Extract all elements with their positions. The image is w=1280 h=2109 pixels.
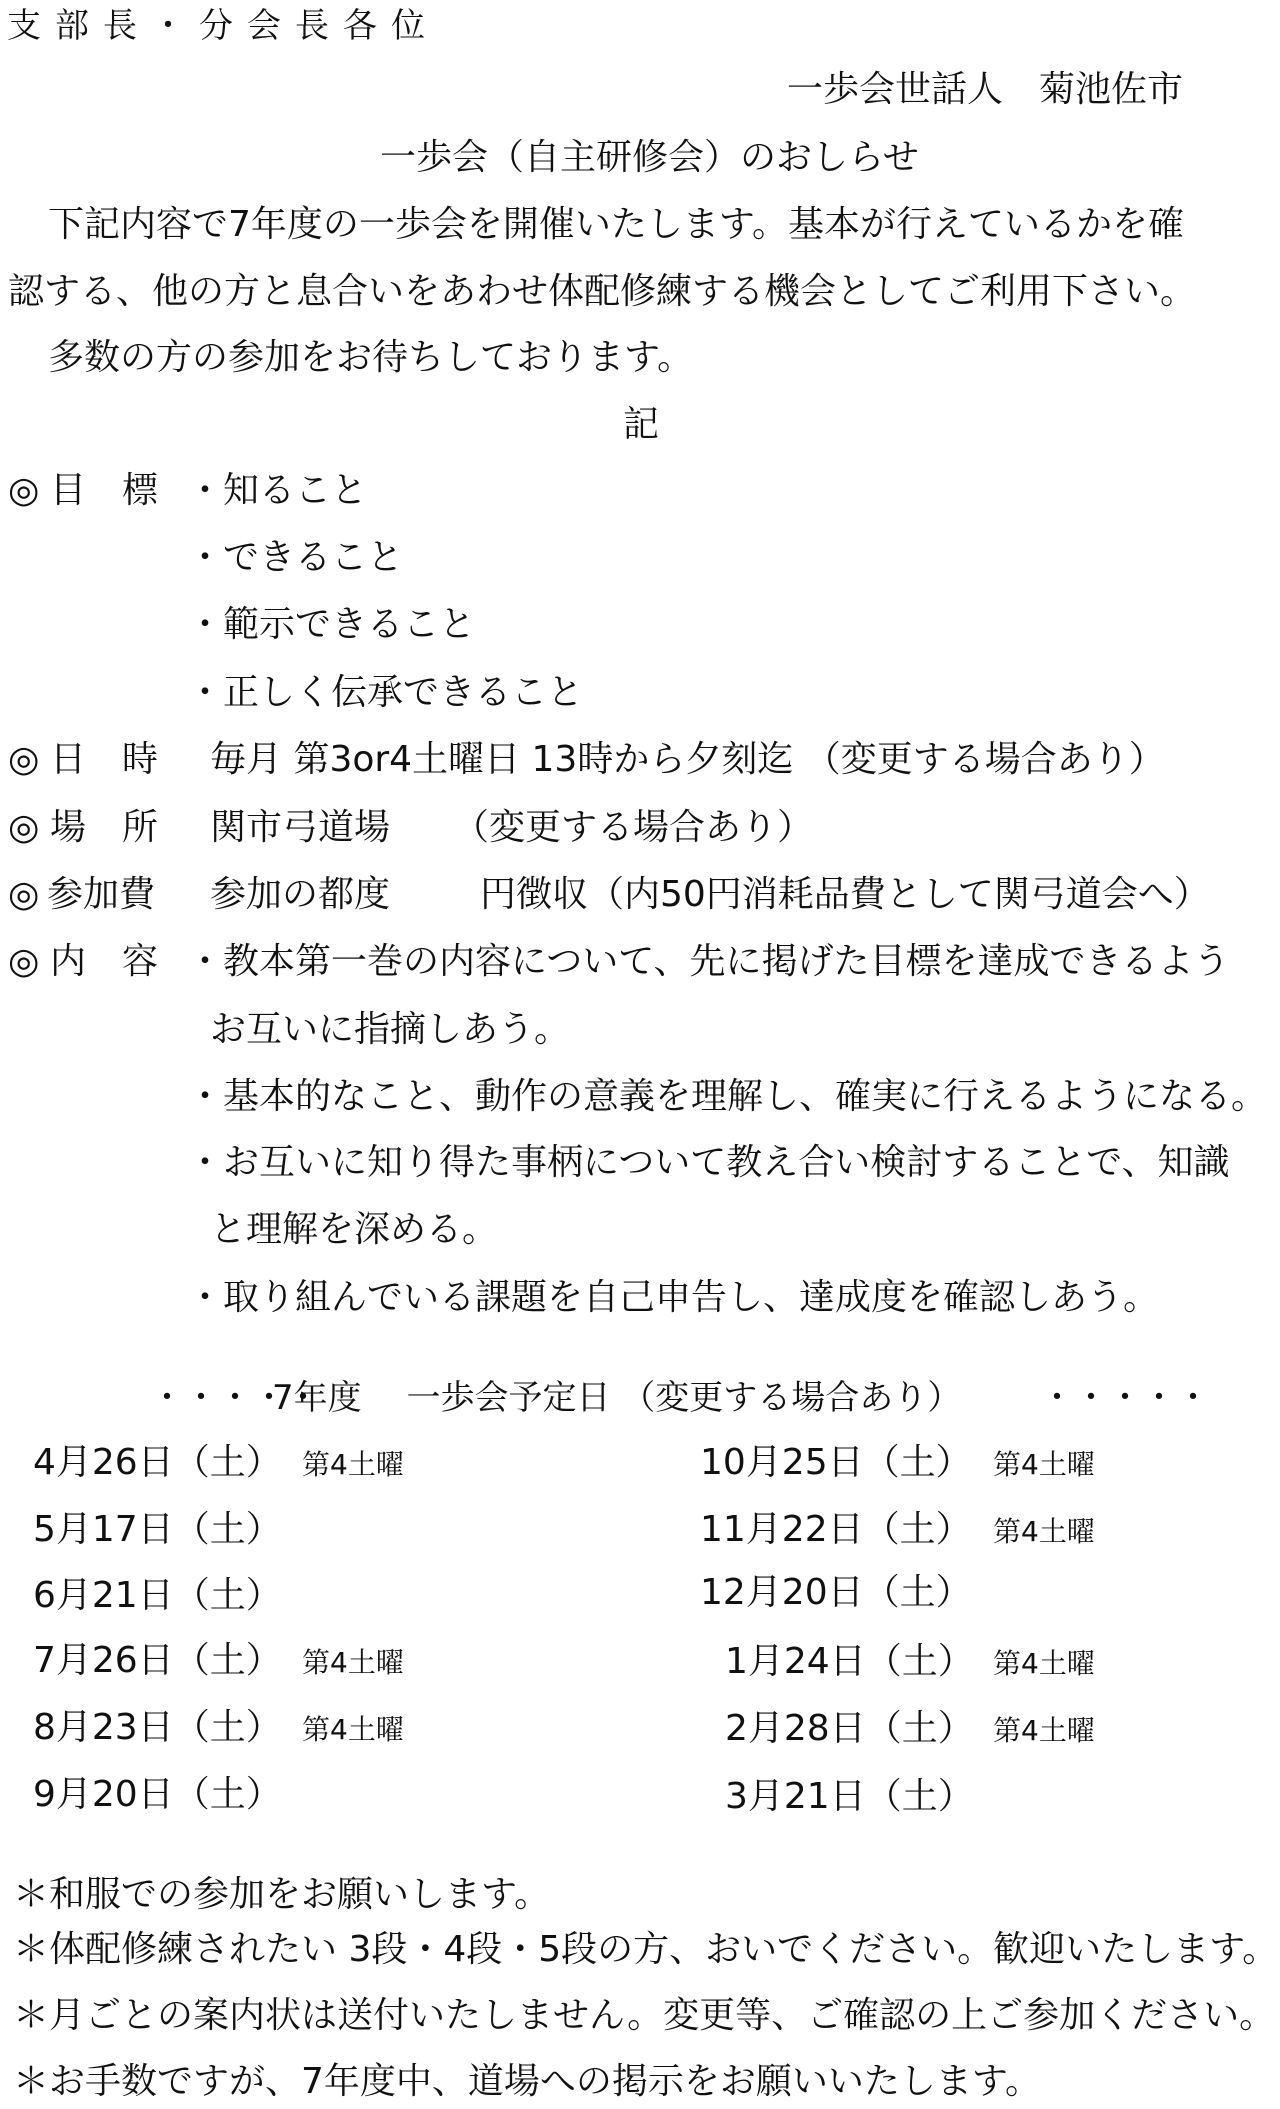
schedule-date: 8月23日（土） — [33, 1708, 282, 1748]
schedule-note: 第4土曜 — [302, 1445, 404, 1485]
double-circle-icon: ◎ — [8, 471, 39, 511]
page-title: 一歩会（自主研修会）のおしらせ — [380, 138, 919, 178]
content-line: ・取り組んでいる課題を自己申告し、達成度を確認しあう。 — [187, 1278, 1159, 1318]
place-label-a: 場 — [50, 808, 86, 848]
ki-marker: 記 — [623, 405, 659, 445]
heading-dots-right: ・・・・・ — [1040, 1378, 1210, 1418]
schedule-date: 11月22日（土） — [700, 1510, 972, 1550]
schedule-date: 5月17日（土） — [33, 1510, 282, 1550]
goal-item: ・正しく伝承できること — [187, 673, 583, 713]
schedule-date: 9月20日（土） — [33, 1775, 282, 1815]
schedule-date: 2月28日（土） — [725, 1709, 974, 1749]
content-line: ・基本的なこと、動作の意義を理解し、確実に行えるようになる。 — [187, 1077, 1267, 1117]
goal-item: ・知ること — [187, 471, 367, 511]
schedule-heading: 7年度 一歩会予定日 （変更する場合あり） — [272, 1378, 961, 1418]
goal-label-b: 標 — [122, 471, 158, 511]
content-label-a: 内 — [50, 942, 86, 982]
content-line: お互いに指摘しあう。 — [210, 1010, 570, 1050]
content-line: と理解を深める。 — [210, 1210, 498, 1250]
fee-value-b: 円徴収（内50円消耗品費として関弓道会へ） — [480, 875, 1210, 915]
fee-value-a: 参加の都度 — [210, 875, 390, 915]
content-label-b: 容 — [122, 942, 158, 982]
addressee: 支部長・分会長各位 — [7, 6, 439, 46]
intro-line-3: 多数の方の参加をお待ちしております。 — [48, 338, 693, 378]
schedule-note: 第4土曜 — [302, 1710, 404, 1750]
place-value: 関市弓道場 — [210, 808, 390, 848]
double-circle-icon: ◎ — [8, 942, 39, 982]
intro-line-2: 認する、他の方と息合いをあわせ体配修練する機会としてご利用下さい。 — [8, 272, 1196, 312]
content-line: ・教本第一巻の内容について、先に掲げた目標を達成できるよう — [187, 942, 1230, 982]
schedule-note: 第4土曜 — [993, 1512, 1095, 1552]
intro-line-1: 下記内容で7年度の一歩会を開催いたします。基本が行えているかを確 — [48, 205, 1184, 245]
note-line: ＊体配修練されたい 3段・4段・5段の方、おいでください。歓迎いたします。 — [13, 1930, 1278, 1970]
datetime-label-a: 日 — [50, 740, 86, 780]
note-line: ＊和服での参加をお願いします。 — [13, 1875, 550, 1915]
goal-item: ・できること — [187, 538, 403, 578]
schedule-date: 10月25日（土） — [700, 1443, 972, 1483]
datetime-label-b: 時 — [122, 740, 158, 780]
schedule-date: 3月21日（土） — [725, 1777, 974, 1817]
datetime-value: 毎月 第3or4土曜日 13時から夕刻迄 （変更する場合あり） — [210, 740, 1165, 780]
schedule-date: 7月26日（土） — [33, 1641, 282, 1681]
note-line: ＊お手数ですが、7年度中、道場への掲示をお願いいたします。 — [13, 2062, 1041, 2102]
goal-label-a: 目 — [50, 471, 86, 511]
schedule-date: 12月20日（土） — [700, 1573, 972, 1613]
double-circle-icon: ◎ — [8, 740, 39, 780]
content-line: ・お互いに知り得た事柄について教え合い検討することで、知識 — [187, 1143, 1230, 1183]
schedule-note: 第4土曜 — [993, 1445, 1095, 1485]
schedule-note: 第4土曜 — [302, 1643, 404, 1683]
place-note: （変更する場合あり） — [453, 808, 813, 848]
schedule-date: 1月24日（土） — [725, 1642, 974, 1682]
fee-label: 参加費 — [47, 875, 155, 915]
double-circle-icon: ◎ — [8, 808, 39, 848]
schedule-note: 第4土曜 — [993, 1644, 1095, 1684]
schedule-date: 6月21日（土） — [33, 1576, 282, 1616]
note-line: ＊月ごとの案内状は送付いたしません。変更等、ご確認の上ご参加ください。 — [13, 1996, 1275, 2036]
goal-item: ・範示できること — [187, 605, 475, 645]
sender: 一歩会世話人 菊池佐市 — [787, 70, 1183, 110]
schedule-date: 4月26日（土） — [33, 1443, 282, 1483]
place-label-b: 所 — [122, 808, 158, 848]
schedule-note: 第4土曜 — [993, 1711, 1095, 1751]
double-circle-icon: ◎ — [8, 875, 39, 915]
